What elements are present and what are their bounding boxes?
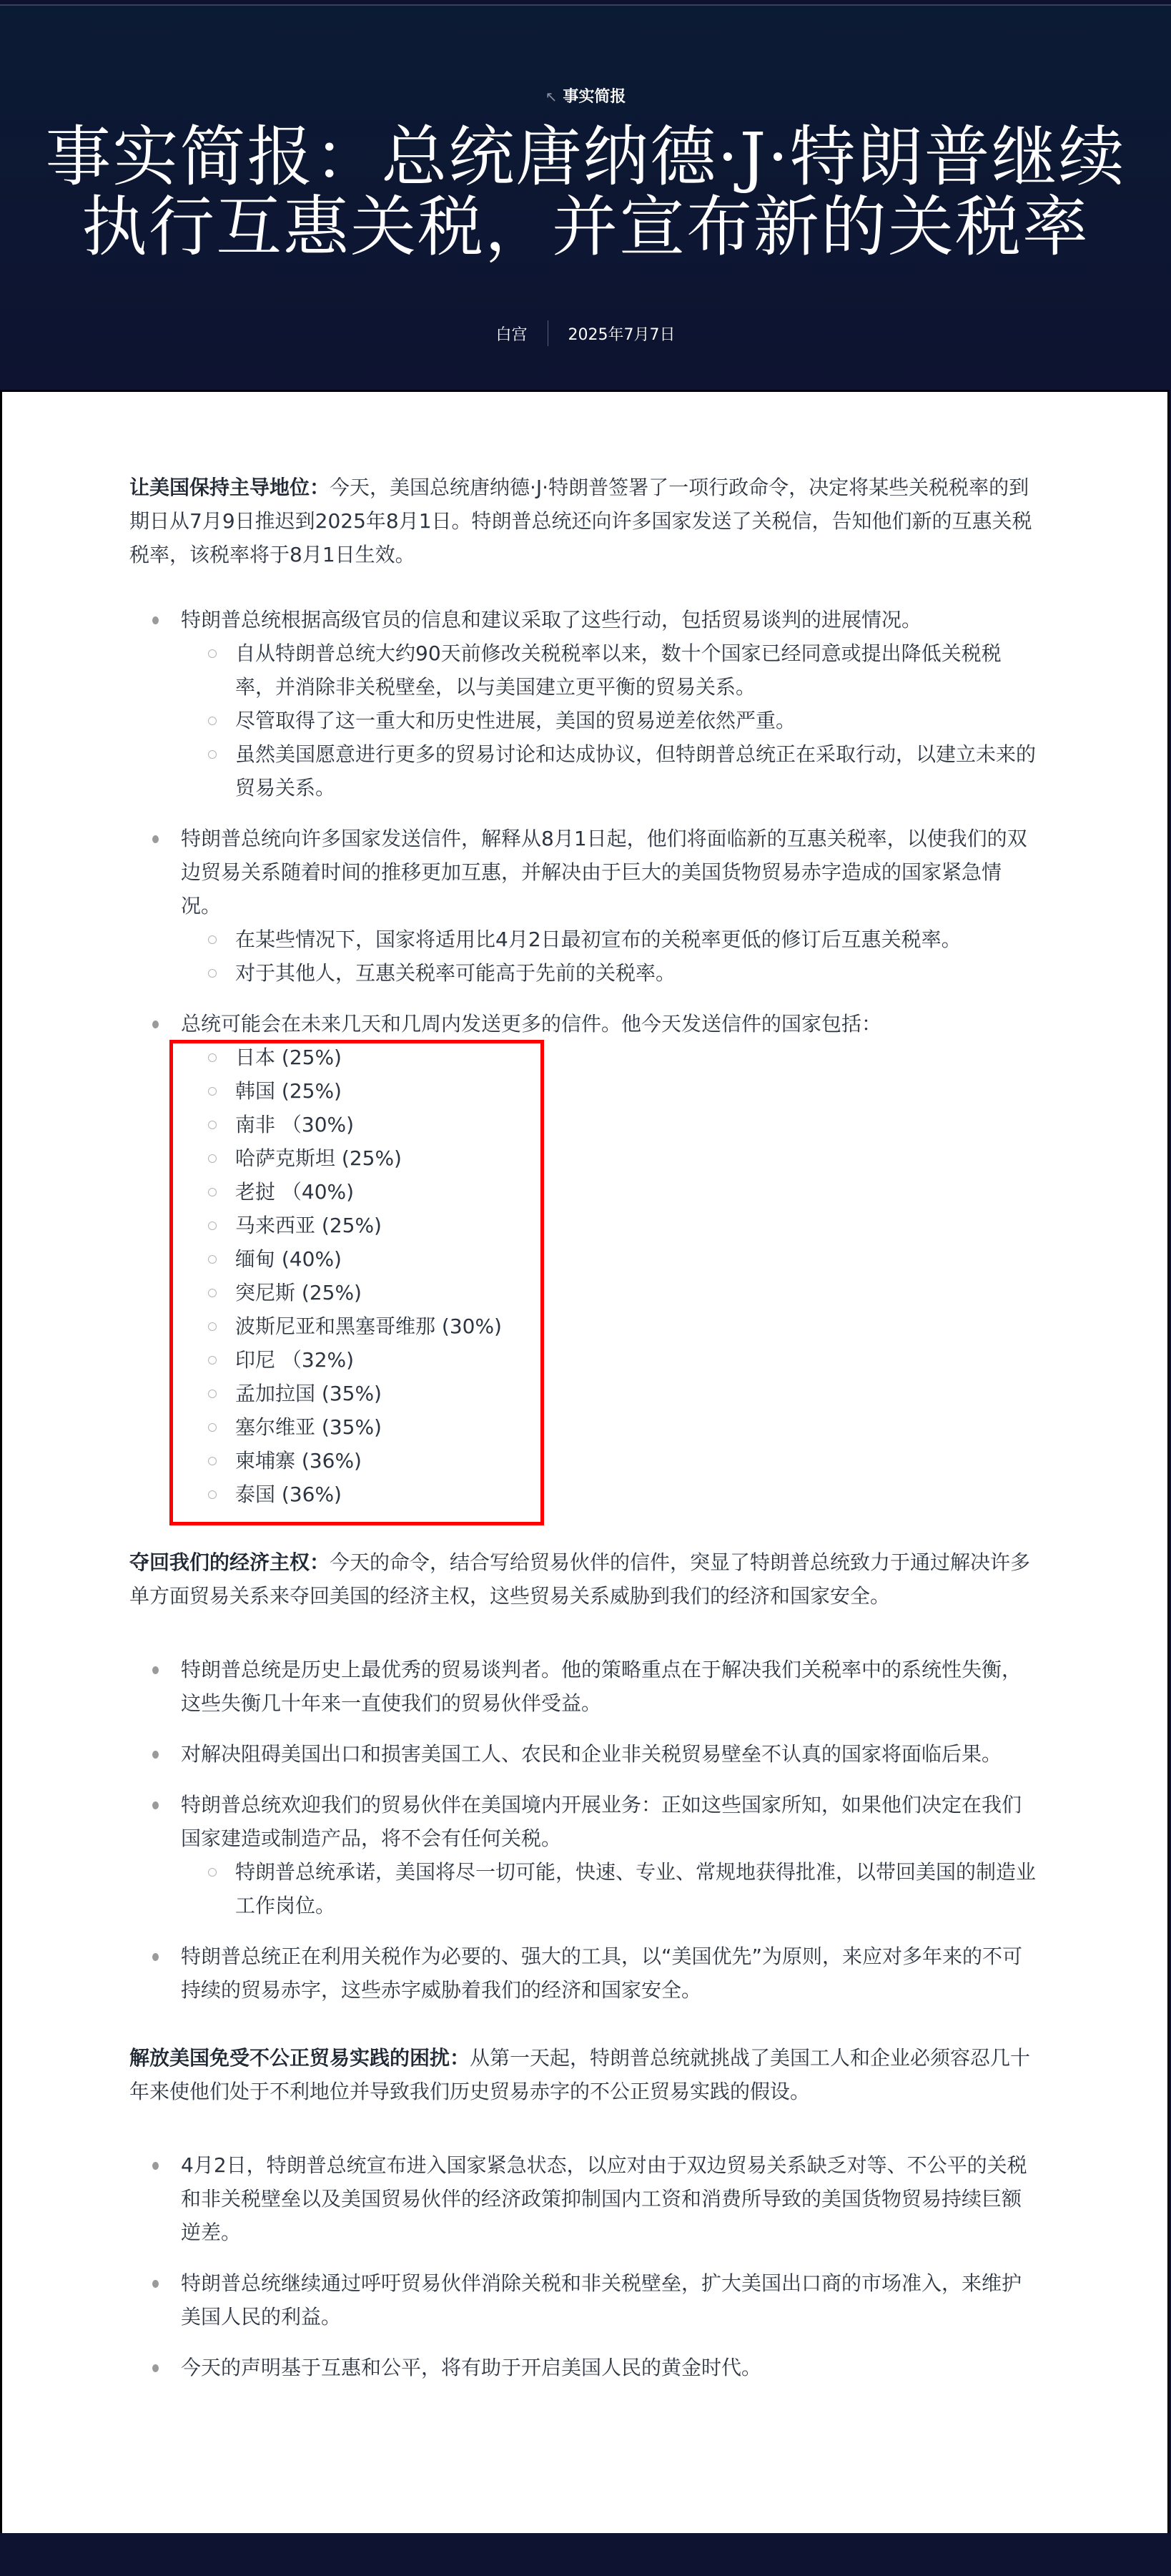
country-item: 孟加拉国 (35%) [235, 1377, 1040, 1410]
bullet-list: 特朗普总统是历史上最优秀的贸易谈判者。他的策略重点在于解决我们关税率中的系统性失… [181, 1653, 1040, 2007]
list-item: 今天的声明基于互惠和公平，将有助于开启美国人民的黄金时代。 [181, 2351, 1040, 2384]
top-bar [0, 0, 1171, 6]
country-item: 柬埔寨 (36%) [235, 1444, 1040, 1478]
list-item-text: 总统可能会在未来几天和几周内发送更多的信件。他今天发送信件的国家包括： [181, 1012, 881, 1036]
country-item: 突尼斯 (25%) [235, 1276, 1040, 1309]
meta-divider [548, 320, 548, 346]
country-item: 马来西亚 (25%) [235, 1209, 1040, 1242]
country-item: 印尼 （32%) [235, 1343, 1040, 1377]
list-item: 总统可能会在未来几天和几周内发送更多的信件。他今天发送信件的国家包括： 日本 (… [181, 1007, 1040, 1511]
list-item: 特朗普总统是历史上最优秀的贸易谈判者。他的策略重点在于解决我们关税率中的系统性失… [181, 1653, 1040, 1720]
bullet-list: 4月2日，特朗普总统宣布进入国家紧急状态，以应对由于双边贸易关系缺乏对等、不公平… [181, 2148, 1040, 2384]
sub-list-item: 对于其他人，互惠关税率可能高于先前的关税率。 [235, 956, 1040, 990]
arrow-up-left-icon: ↖ [545, 88, 558, 105]
sub-list-item: 特朗普总统承诺，美国将尽一切可能，快速、专业、常规地获得批准，以带回美国的制造业… [235, 1855, 1040, 1922]
section-paragraph: 夺回我们的经济主权：今天的命令，结合写给贸易伙伴的信件，突显了特朗普总统致力于通… [129, 1545, 1040, 1613]
country-item: 塞尔维亚 (35%) [235, 1410, 1040, 1444]
article-body: 让美国保持主导地位：今天，美国总统唐纳德·J·特朗普签署了一项行政命令，决定将某… [0, 390, 1170, 2533]
country-item: 泰国 (36%) [235, 1478, 1040, 1511]
list-item: 对解决阻碍美国出口和损害美国工人、农民和企业非关税贸易壁垒不认真的国家将面临后果… [181, 1737, 1040, 1771]
list-item-text: 特朗普总统根据高级官员的信息和建议采取了这些行动，包括贸易谈判的进展情况。 [181, 608, 922, 631]
publish-date: 2025年7月7日 [568, 323, 676, 345]
country-item: 南非 （30%) [235, 1108, 1040, 1141]
sub-list-item: 尽管取得了这一重大和历史性进展，美国的贸易逆差依然严重。 [235, 704, 1040, 737]
sub-list: 自从特朗普总统大约90天前修改关税税率以来，数十个国家已经同意或提出降低关税税率… [235, 636, 1040, 805]
list-item: 特朗普总统继续通过呼吁贸易伙伴消除关税和非关税壁垒，扩大美国出口商的市场准入，来… [181, 2266, 1040, 2334]
section-paragraph: 解放美国免受不公正贸易实践的困扰：从第一天起，特朗普总统就挑战了美国工人和企业必… [129, 2041, 1040, 2108]
section-paragraph: 让美国保持主导地位：今天，美国总统唐纳德·J·特朗普签署了一项行政命令，决定将某… [129, 471, 1040, 571]
sub-list: 特朗普总统承诺，美国将尽一切可能，快速、专业、常规地获得批准，以带回美国的制造业… [235, 1855, 1040, 1922]
list-item: 4月2日，特朗普总统宣布进入国家紧急状态，以应对由于双边贸易关系缺乏对等、不公平… [181, 2148, 1040, 2249]
country-item: 日本 (25%) [235, 1041, 1040, 1074]
list-item-text: 特朗普总统向许多国家发送信件，解释从8月1日起，他们将面临新的互惠关税率，以使我… [181, 827, 1027, 918]
hero-header: ↖事实简报 事实简报：总统唐纳德·J·特朗普继续执行互惠关税，并宣布新的关税率 … [0, 6, 1171, 390]
country-item: 哈萨克斯坦 (25%) [235, 1141, 1040, 1175]
list-item: 特朗普总统欢迎我们的贸易伙伴在美国境内开展业务：正如这些国家所知，如果他们决定在… [181, 1788, 1040, 1922]
section-heading: 夺回我们的经济主权： [129, 1550, 330, 1574]
list-item: 特朗普总统根据高级官员的信息和建议采取了这些行动，包括贸易谈判的进展情况。 自从… [181, 603, 1040, 805]
sub-list-item: 在某些情况下，国家将适用比4月2日最初宣布的关税率更低的修订后互惠关税率。 [235, 923, 1040, 956]
category-label: 事实简报 [563, 88, 626, 106]
country-item: 波斯尼亚和黑塞哥维那 (30%) [235, 1309, 1040, 1343]
footer [0, 2533, 1171, 2576]
bullet-list: 特朗普总统根据高级官员的信息和建议采取了这些行动，包括贸易谈判的进展情况。 自从… [181, 603, 1040, 1511]
sub-list-item: 自从特朗普总统大约90天前修改关税税率以来，数十个国家已经同意或提出降低关税税率… [235, 636, 1040, 704]
author: 白宫 [496, 323, 528, 345]
category-link[interactable]: ↖事实简报 [0, 84, 1171, 107]
list-item-text: 特朗普总统欢迎我们的贸易伙伴在美国境内开展业务：正如这些国家所知，如果他们决定在… [181, 1793, 1022, 1850]
article-meta: 白宫 2025年7月7日 [0, 320, 1171, 346]
section-heading: 让美国保持主导地位： [129, 476, 330, 499]
section-heading: 解放美国免受不公正贸易实践的困扰： [129, 2046, 470, 2070]
countries-list: 日本 (25%) 韩国 (25%) 南非 （30%) 哈萨克斯坦 (25%) 老… [235, 1041, 1040, 1511]
sub-list-item: 虽然美国愿意进行更多的贸易讨论和达成协议，但特朗普总统正在采取行动，以建立未来的… [235, 737, 1040, 805]
page-title: 事实简报：总统唐纳德·J·特朗普继续执行互惠关税，并宣布新的关税率 [21, 122, 1150, 262]
sub-list: 在某些情况下，国家将适用比4月2日最初宣布的关税率更低的修订后互惠关税率。 对于… [235, 923, 1040, 990]
country-item: 老挝 （40%) [235, 1175, 1040, 1209]
country-item: 韩国 (25%) [235, 1074, 1040, 1108]
country-item: 缅甸 (40%) [235, 1242, 1040, 1276]
list-item: 特朗普总统正在利用关税作为必要的、强大的工具，以“美国优先”为原则，来应对多年来… [181, 1940, 1040, 2007]
list-item: 特朗普总统向许多国家发送信件，解释从8月1日起，他们将面临新的互惠关税率，以使我… [181, 822, 1040, 990]
